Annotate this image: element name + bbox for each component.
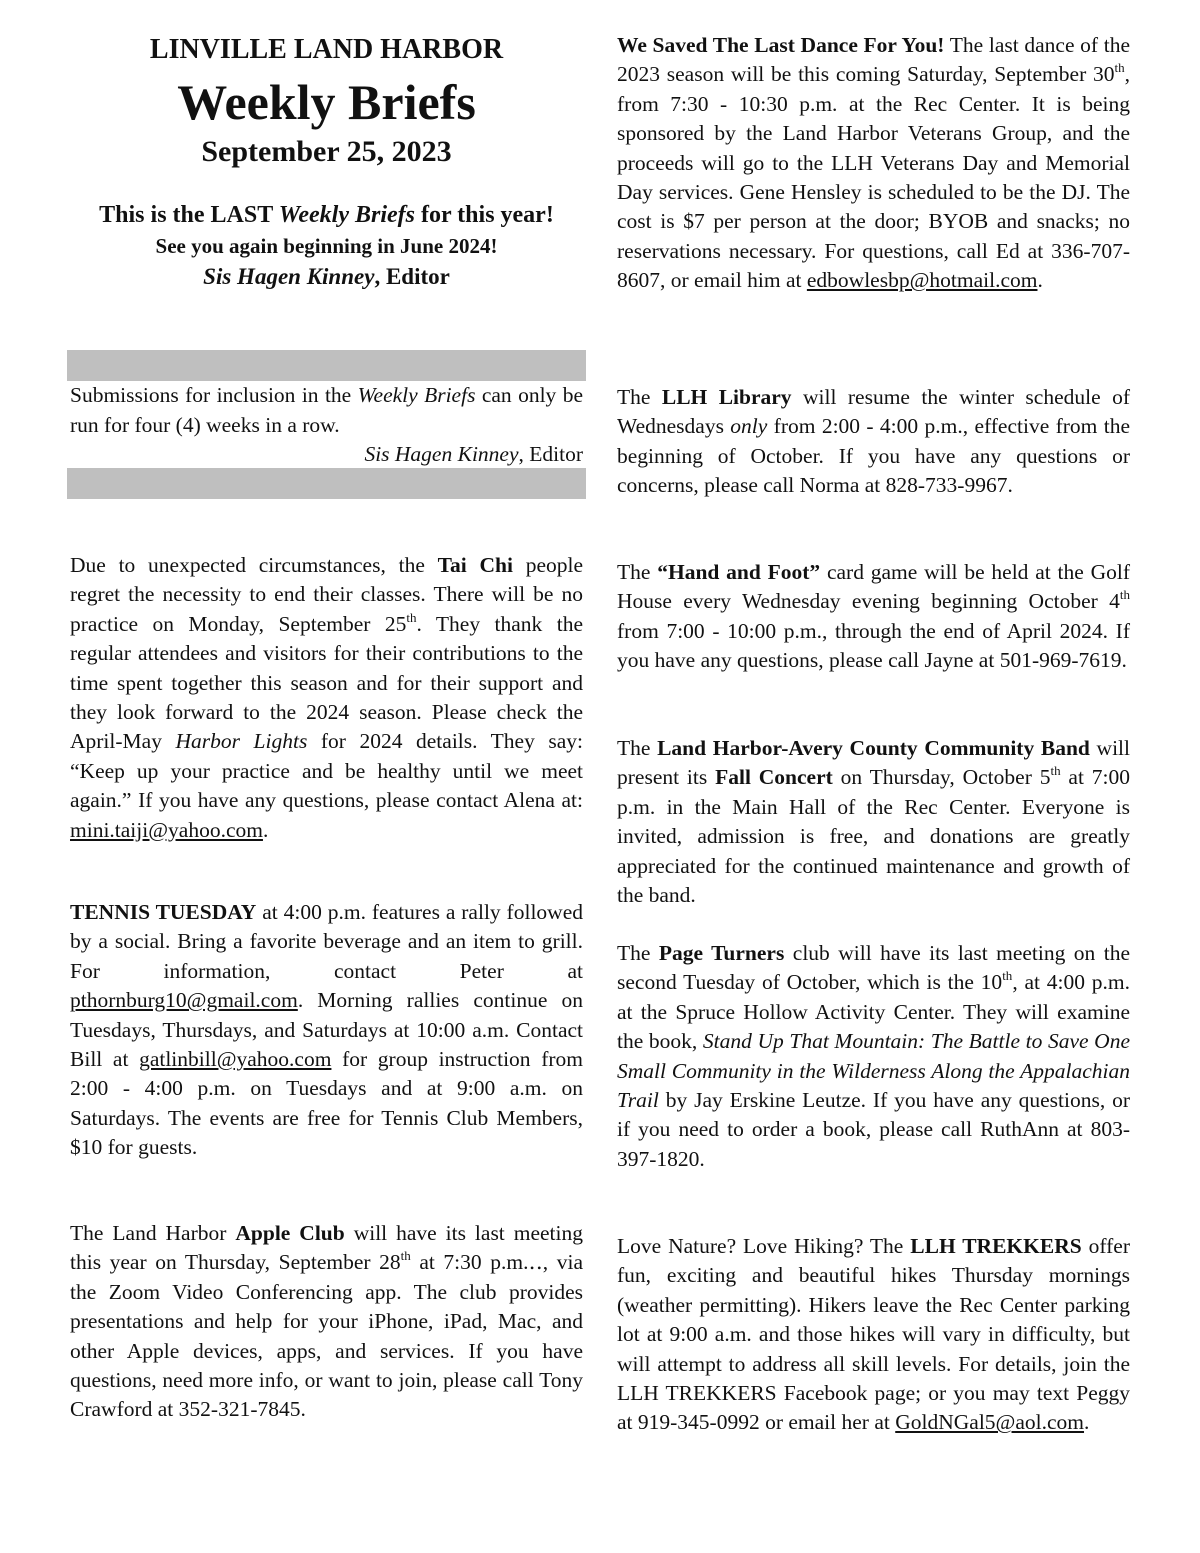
ordinal-suffix: th xyxy=(1002,968,1012,983)
article-community-band: The Land Harbor-Avery County Community B… xyxy=(617,734,1130,910)
bold-text: Land Harbor-Avery County Community Band xyxy=(657,736,1090,760)
editor-name: Sis Hagen Kinney xyxy=(203,264,374,289)
email-link[interactable]: mini.taiji@yahoo.com xyxy=(70,818,263,842)
submission-notice: Submissions for inclusion in the Weekly … xyxy=(70,381,583,470)
ordinal-suffix: th xyxy=(1115,60,1125,75)
text-run: offer fun, exciting and beautiful hikes … xyxy=(617,1234,1130,1434)
text-run: The xyxy=(617,560,657,584)
bold-text: LLH TREKKERS xyxy=(910,1234,1081,1258)
text-run: Love Nature? Love Hiking? The xyxy=(617,1234,910,1258)
article-llh-trekkers: Love Nature? Love Hiking? The LLH TREKKE… xyxy=(617,1232,1130,1438)
return-date-line: See you again beginning in June 2024! xyxy=(70,231,583,261)
organization-name: LINVILLE LAND HARBOR xyxy=(70,33,583,67)
bold-text: LLH Library xyxy=(662,385,792,409)
article-llh-library: The LLH Library will resume the winter s… xyxy=(617,383,1130,501)
bold-text: Page Turners xyxy=(659,941,785,965)
text-run: Due to unexpected circumstances, the xyxy=(70,553,438,577)
bold-text: TENNIS TUESDAY xyxy=(70,900,256,924)
submission-notice-signature: Sis Hagen Kinney, Editor xyxy=(70,440,583,470)
bold-text: Fall Concert xyxy=(715,765,833,789)
italic-text: Weekly Briefs xyxy=(279,202,415,228)
email-link[interactable]: GoldNGal5@aol.com xyxy=(895,1410,1084,1434)
ordinal-suffix: th xyxy=(406,610,416,625)
text-run: Submissions for inclusion in the xyxy=(70,383,358,407)
bold-text: Apple Club xyxy=(235,1221,344,1245)
text-run: The xyxy=(617,385,662,409)
text-run: . xyxy=(1084,1410,1089,1434)
divider-bar-top xyxy=(67,350,586,381)
signature-suffix: , Editor xyxy=(519,442,584,466)
last-issue-line: This is the LAST Weekly Briefs for this … xyxy=(70,200,583,231)
email-link[interactable]: pthornburg10@gmail.com xyxy=(70,988,298,1012)
text-run: from 7:00 - 10:00 p.m., through the end … xyxy=(617,619,1130,672)
email-link[interactable]: edbowlesbp@hotmail.com xyxy=(807,268,1038,292)
article-hand-and-foot: The “Hand and Foot” card game will be he… xyxy=(617,558,1130,676)
bold-text: We Saved The Last Dance For You! xyxy=(617,33,944,57)
bold-text: “Hand and Foot” xyxy=(657,560,820,584)
article-tennis-tuesday: TENNIS TUESDAY at 4:00 p.m. features a r… xyxy=(70,898,583,1163)
text-run: This is the LAST xyxy=(99,202,279,228)
text-run: by Jay Erskine Leutze. If you have any q… xyxy=(617,1088,1130,1171)
ordinal-suffix: th xyxy=(1050,763,1060,778)
text-run: , from 7:30 - 10:30 p.m. at the Rec Cent… xyxy=(617,62,1130,292)
bold-text: Tai Chi xyxy=(438,553,513,577)
signature-name: Sis Hagen Kinney xyxy=(364,442,518,466)
ordinal-suffix: th xyxy=(1120,587,1130,602)
divider-bar-bottom xyxy=(67,468,586,499)
newsletter-title: Weekly Briefs xyxy=(70,72,583,132)
editor-suffix: , Editor xyxy=(374,264,449,289)
text-run: The xyxy=(617,736,657,760)
italic-text: Harbor Lights xyxy=(176,729,308,753)
text-run: on Thursday, October 5 xyxy=(833,765,1051,789)
editor-credit: Sis Hagen Kinney, Editor xyxy=(70,261,583,292)
article-apple-club: The Land Harbor Apple Club will have its… xyxy=(70,1219,583,1425)
italic-text: only xyxy=(730,414,767,438)
italic-text: Weekly Briefs xyxy=(358,383,476,407)
issue-date: September 25, 2023 xyxy=(70,134,583,170)
article-page-turners: The Page Turners club will have its last… xyxy=(617,939,1130,1174)
article-tai-chi: Due to unexpected circumstances, the Tai… xyxy=(70,551,583,845)
text-run: for this year! xyxy=(415,202,554,228)
text-run: The Land Harbor xyxy=(70,1221,235,1245)
ordinal-suffix: th xyxy=(401,1248,411,1263)
email-link[interactable]: gatlinbill@yahoo.com xyxy=(139,1047,331,1071)
article-last-dance: We Saved The Last Dance For You! The las… xyxy=(617,31,1130,296)
last-issue-notice: This is the LAST Weekly Briefs for this … xyxy=(70,200,583,292)
text-run: . xyxy=(1037,268,1042,292)
text-run: at 7:30 p.m.‥, via the Zoom Video Confer… xyxy=(70,1250,583,1421)
text-run: . xyxy=(263,818,268,842)
text-run: The xyxy=(617,941,659,965)
submission-notice-text: Submissions for inclusion in the Weekly … xyxy=(70,381,583,440)
